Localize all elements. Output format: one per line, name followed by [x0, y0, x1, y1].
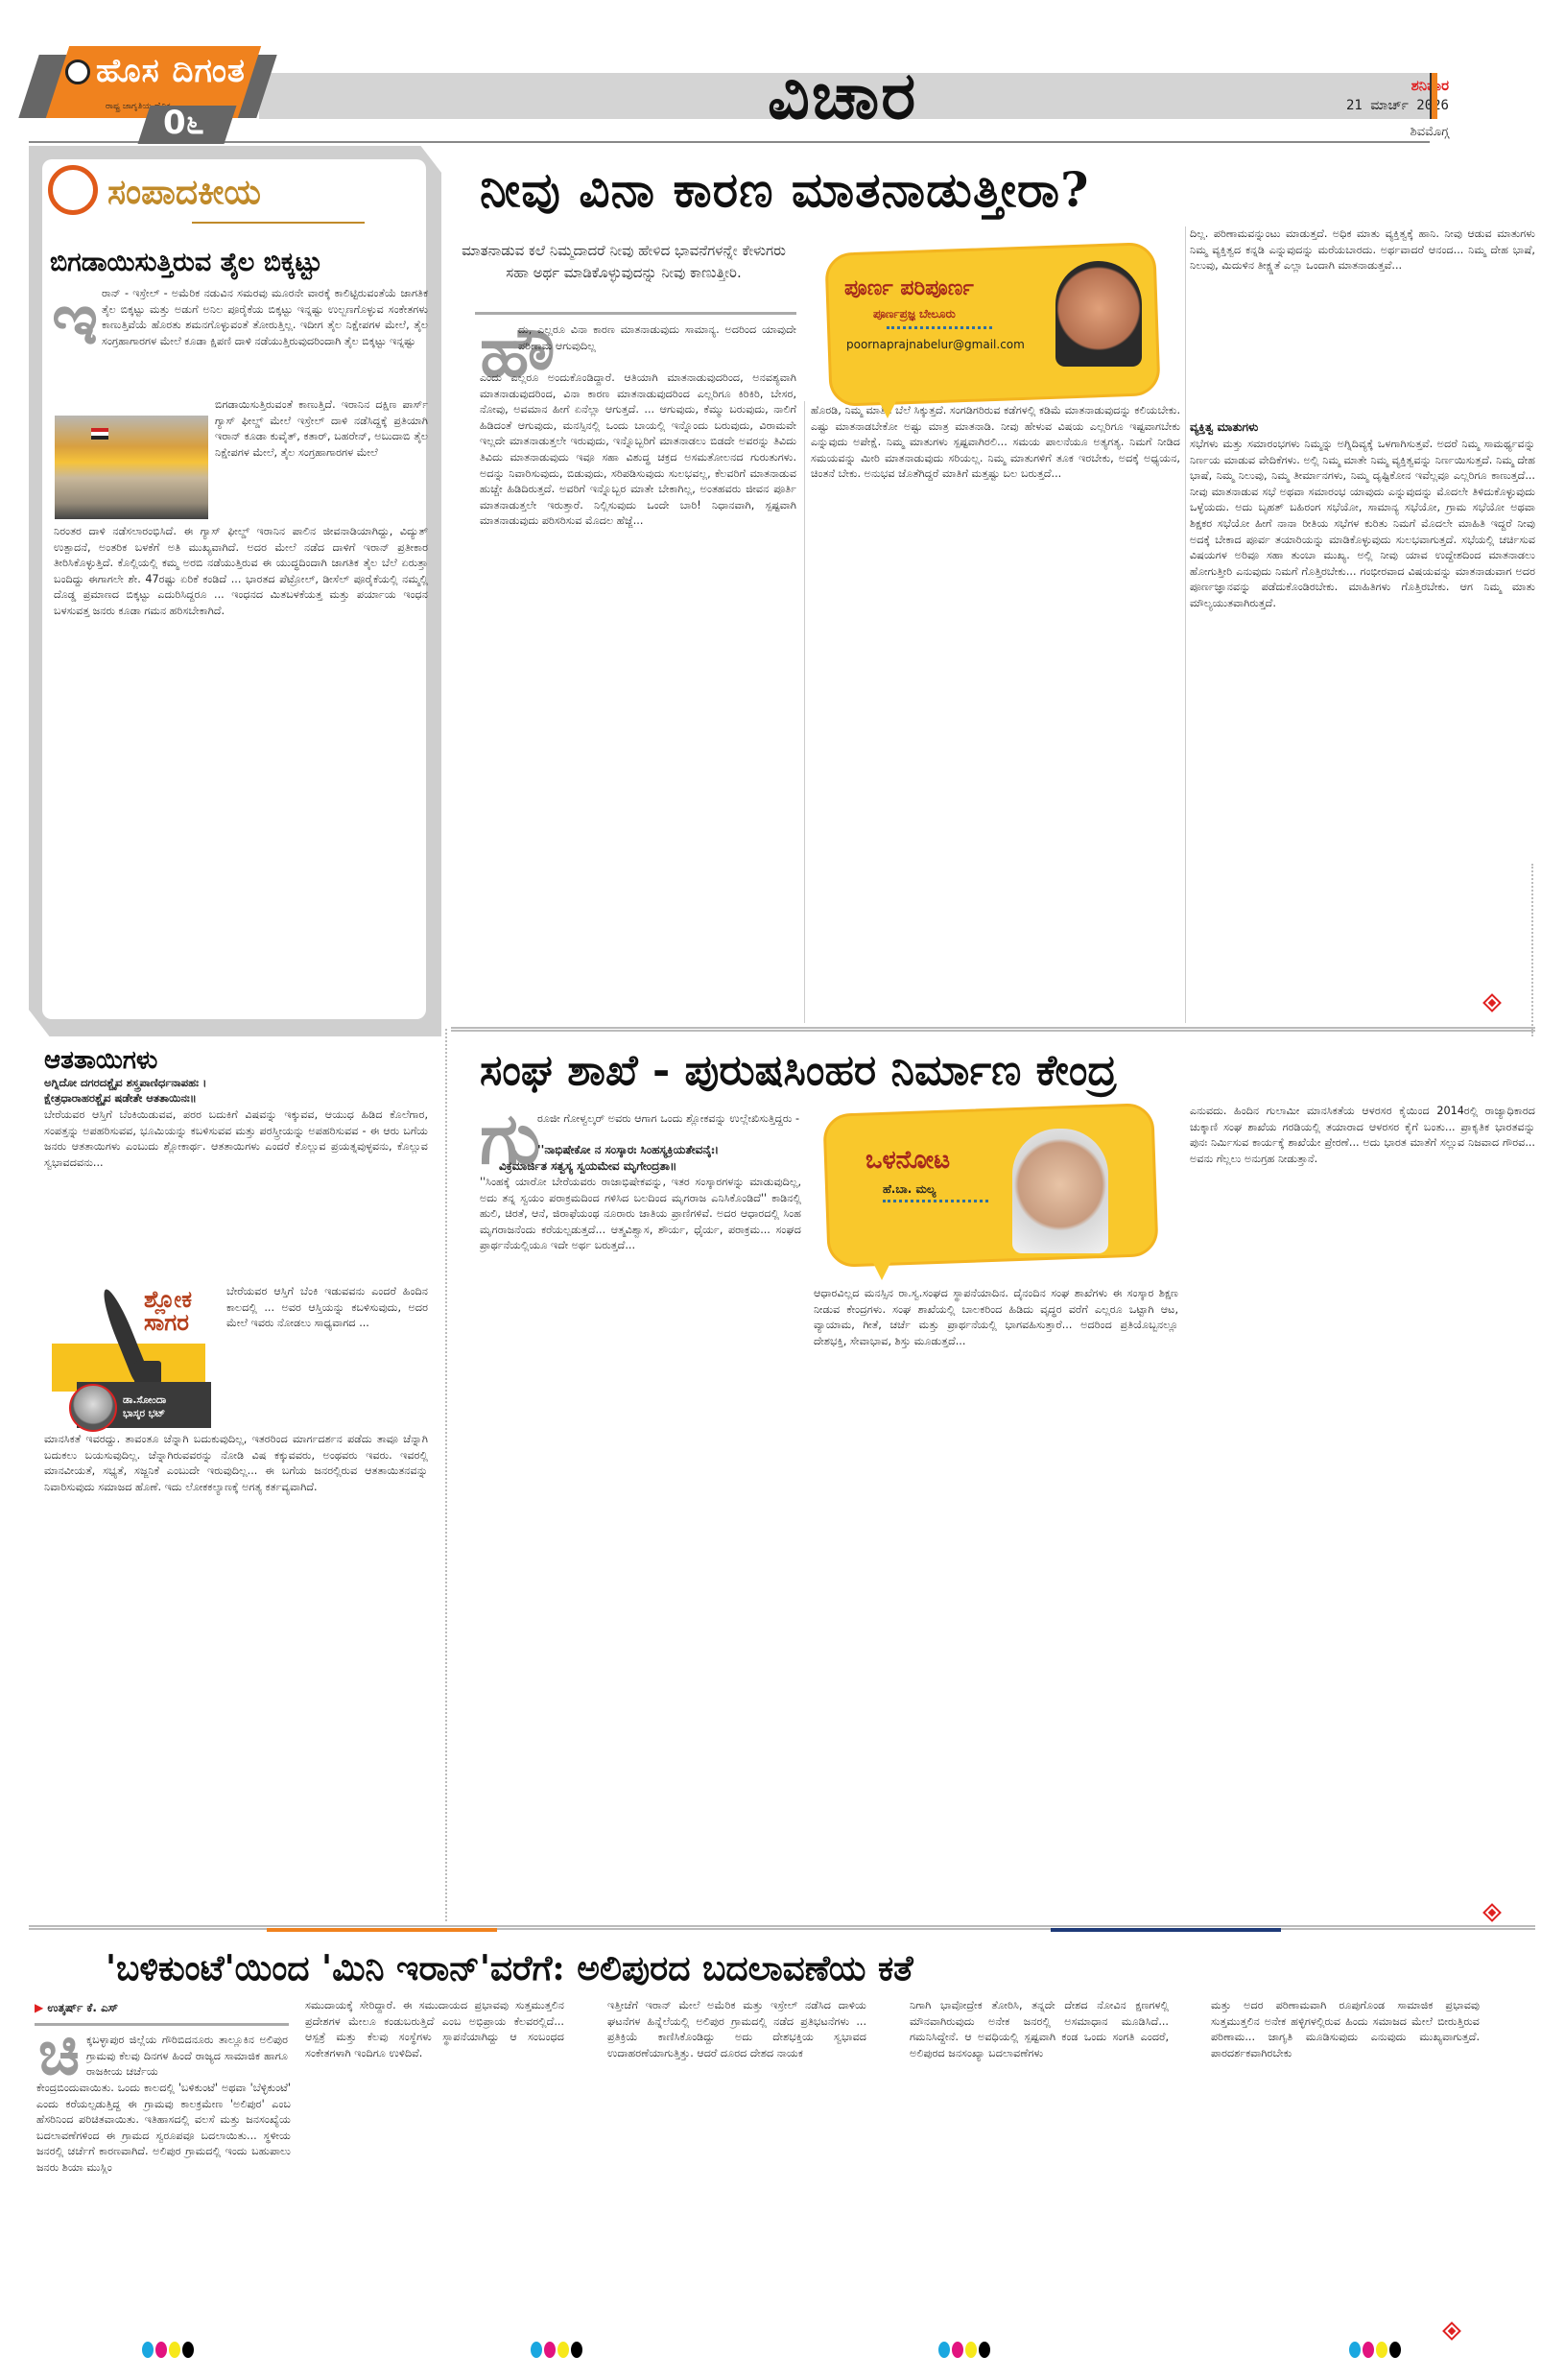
- column-body: ಮಾನಸಿಕತೆ ಇವರದ್ದು. ತಾವಂತೂ ಚೆನ್ನಾಗಿ ಬದುಕುವ…: [44, 1432, 428, 1902]
- print-registration-mark: [938, 2342, 990, 2358]
- column-divider: [445, 1029, 447, 1921]
- flag-icon: [91, 428, 108, 440]
- editorial-emblem-icon: [48, 165, 98, 215]
- editorial-body-side: ಬಿಗಡಾಯಿಸುತ್ತಿರುವಂತೆ ಕಾಣುತ್ತಿದೆ. ಇರಾನಿನ ದ…: [215, 397, 428, 522]
- accent-tab: [267, 1928, 497, 1932]
- column-headline[interactable]: ಆತತಾಯಿಗಳು: [44, 1046, 157, 1076]
- oil-field-photo[interactable]: [55, 416, 208, 519]
- article-deck: ಮಾತನಾಡುವ ಕಲೆ ನಿಮ್ಮದಾದರೆ ನೀವು ಹೇಳಿದ ಭಾವನೆ…: [451, 240, 796, 284]
- author-badge: [822, 1103, 1158, 1268]
- issue-day: ಶನಿವಾರ: [1295, 77, 1449, 94]
- author-byline: ▶ ಉತ್ಕರ್ಷ್ ಕೆ. ಎಸ್: [35, 2001, 118, 2015]
- author-photo: [1012, 1129, 1108, 1253]
- article-lead: ರೂಜೀ ಗೋಳ್ವಲ್ಕರ್ ಅವರು ಆಗಾಗ ಒಂದು ಶ್ಲೋಕವನ್ನ…: [537, 1111, 816, 1128]
- article-column-2: ಹೊರಡಿ, ನಿಮ್ಮ ಮಾತಿಗೆ ಬೆಲೆ ಸಿಕ್ಕುತ್ತದೆ. ಸಂ…: [811, 403, 1180, 1023]
- article-headline[interactable]: 'ಬಳಿಕುಂಟೆ'ಯಿಂದ 'ಮಿನಿ ಇರಾನ್'ವರೆಗೆ: ಅಲಿಪುರ…: [106, 1948, 913, 1989]
- ornament-divider: [192, 222, 365, 224]
- author-email[interactable]: poornaprajnabelur@gmail.com: [846, 338, 1025, 351]
- column-text: ದಿಲ್ಲ. ಪರಿಣಾಮವನ್ನುಂಟು ಮಾಡುತ್ತದೆ. ಅಧಿಕ ಮಾ…: [1190, 226, 1535, 418]
- author-name: ಪೂರ್ಣಪ್ರಜ್ಞ ಬೇಲೂರು: [873, 307, 956, 321]
- column-name: ಒಳನೋಟ: [865, 1146, 950, 1176]
- inkpot-icon: [134, 1361, 161, 1384]
- article-column-3: ಎನುವದು. ಹಿಂದಿನ ಗುಲಾಮೀ ಮಾನಸಿಕತೆಯ ಆಳರಸರ ಕೈ…: [1190, 1104, 1535, 1929]
- page-number: 0೬: [163, 104, 204, 142]
- issue-date: 21 ಮಾರ್ಚ್ 2026: [1286, 98, 1449, 113]
- column-body: ಬೇರೆಯವರ ಆಸ್ತಿಗೆ ಬೆಂಕಿ ಇಡುವವನು ಎಂದರೆ ಹಿಂದ…: [226, 1284, 428, 1428]
- sloka-verse: ''ನಾಭಿಷೇಕೋ ನ ಸಂಸ್ಕಾರಃ ಸಿಂಹಸ್ಯಕ್ರಿಯತೇವನೈಃ…: [499, 1142, 719, 1174]
- editorial-body-intro: ರಾನ್ - ಇಸ್ರೇಲ್ - ಅಮೆರಿಕ ನಡುವಿನ ಸಮರವು ಮೂರ…: [102, 286, 428, 380]
- newspaper-emblem-icon: [65, 59, 90, 84]
- editorial-headline[interactable]: ಬಿಗಡಾಯಿಸುತ್ತಿರುವ ತೈಲ ಬಿಕ್ಕಟ್ಟು: [50, 248, 322, 278]
- column-rule: [1185, 226, 1186, 1023]
- accent-tab: [1051, 1928, 1281, 1932]
- verse-line: ವಿಕ್ರಮಾರ್ಜಿತ ಸತ್ವಸ್ಯ ಸ್ವಯಮೇವ ಮೃಗೇಂದ್ರತಾ॥: [499, 1158, 719, 1175]
- article-lead: ದು, ಎಲ್ಲರೂ ವಿನಾ ಕಾರಣ ಮಾತನಾಡುವುದು ಸಾಮಾನ್ಯ…: [518, 322, 796, 370]
- sloka-verse: ಅಗ್ನಿದೋ ದಗರದಶ್ಚೈವ ಶಸ್ತ್ರಪಾಣಿರ್ಧನಾಪಹಃ । ಕ…: [44, 1075, 206, 1106]
- masthead-accent: [1430, 73, 1437, 119]
- article-column-2: ಸಮುದಾಯಕ್ಕೆ ಸೇರಿದ್ದಾರೆ. ಈ ಸಮುದಾಯದ ಪ್ರಭಾವವ…: [305, 1998, 564, 2340]
- article-column-4: ನಿಗಾಗಿ ಭಾವೋದ್ರೇಕ ತೋರಿಸಿ, ತನ್ನದೇ ದೇಶದ ನೋವ…: [910, 1998, 1169, 2340]
- author-name: ಹೆ.ಬಾ. ಮಲ್ಯ: [883, 1182, 936, 1197]
- column-name: ಪೂರ್ಣ ಪರಿಪೂರ್ಣ: [844, 276, 974, 300]
- article-headline[interactable]: ನೀವು ವಿನಾ ಕಾರಣ ಮಾತನಾಡುತ್ತೀರಾ?: [480, 161, 1089, 219]
- author-name: ಉತ್ಕರ್ಷ್ ಕೆ. ಎಸ್: [47, 2001, 118, 2014]
- dropcap: ಇ: [52, 284, 98, 355]
- author-name: ಡಾ.ಸೋಂದಾ ಭಾಸ್ಕರ ಭಟ್: [123, 1393, 166, 1420]
- column-text: ಸಭೆಗಳು ಮತ್ತು ಸಮಾರಂಭಗಳು ನಿಮ್ಮನ್ನು ಅಗ್ನಿದಿ…: [1190, 437, 1535, 956]
- author-photo: [69, 1384, 117, 1432]
- article-column-1: ಕೇಂದ್ರಬಿಂದುವಾಯಿತು. ಒಂದು ಕಾಲದಲ್ಲಿ 'ಬಳಿಕುಂ…: [36, 2081, 291, 2340]
- article-column-1: ''ಸಿಂಹಕ್ಕೆ ಯಾರೋ ಬೇರೆಯವರು ರಾಜಾಭಿಷೇಕವನ್ನು,…: [480, 1175, 801, 1923]
- byline-marker-icon: ▶: [35, 2001, 43, 2014]
- section-divider: [29, 1925, 1535, 1930]
- author-name-line: ಭಾಸ್ಕರ ಭಟ್: [123, 1407, 166, 1420]
- column-name: ಶ್ಲೋಕ ಸಾಗರ: [144, 1288, 221, 1334]
- column-divider: [1531, 864, 1533, 1036]
- section-title: ವಿಚಾರ: [768, 58, 917, 135]
- end-mark-icon: [1482, 993, 1502, 1012]
- print-registration-mark: [142, 2342, 194, 2358]
- article-headline[interactable]: ಸಂಘ ಶಾಖೆ - ಪುರುಷಸಿಂಹರ ನಿರ್ಮಾಣ ಕೇಂದ್ರ: [480, 1046, 1117, 1095]
- dotted-divider: [887, 326, 992, 329]
- dotted-divider: [883, 1200, 988, 1202]
- author-name-line: ಡಾ.ಸೋಂದಾ: [123, 1393, 166, 1407]
- verse-line: ''ನಾಭಿಷೇಕೋ ನ ಸಂಸ್ಕಾರಃ ಸಿಂಹಸ್ಯಕ್ರಿಯತೇವನೈಃ…: [499, 1142, 719, 1158]
- masthead-rule: [29, 141, 1430, 143]
- article-column-5: ಮತ್ತು ಅದರ ಪರಿಣಾಮವಾಗಿ ರೂಪುಗೊಂಡ ಸಾಮಾಜಿಕ ಪ್…: [1211, 1998, 1480, 2340]
- editorial-body: ನಿರಂತರ ದಾಳಿ ನಡೆಸಲಾರಂಭಿಸಿದೆ. ಈ ಗ್ಯಾಸ್ ಫೀಲ…: [54, 524, 428, 1004]
- section-divider: [451, 1027, 1535, 1032]
- badge-pointer: [876, 395, 899, 418]
- print-registration-mark: [1349, 2342, 1401, 2358]
- article-column-3: ಇತ್ತೀಚೆಗೆ ಇರಾನ್ ಮೇಲೆ ಅಮೆರಿಕ ಮತ್ತು ಇಸ್ರೇಲ…: [607, 1998, 866, 2340]
- article-column-3: ದಿಲ್ಲ. ಪರಿಣಾಮವನ್ನುಂಟು ಮಾಡುತ್ತದೆ. ಅಧಿಕ ಮಾ…: [1190, 226, 1535, 956]
- print-registration-mark: [531, 2342, 582, 2358]
- badge-pointer: [870, 1257, 893, 1280]
- column-body: ಬೇರೆಯವರ ಆಸ್ತಿಗೆ ಬೆಂಕಿಯಿಡುವವ, ಪರರ ಬದುಕಿಗೆ…: [44, 1107, 428, 1276]
- verse-line: ಅಗ್ನಿದೋ ದಗರದಶ್ಚೈವ ಶಸ್ತ್ರಪಾಣಿರ್ಧನಾಪಹಃ ।: [44, 1075, 206, 1090]
- editorial-label: ಸಂಪಾದಕೀಯ: [107, 173, 261, 213]
- subheading: ವ್ಯಕ್ತಿತ್ವ ಮಾತುಗಳು: [1190, 420, 1535, 435]
- dropcap: ಚಿ: [38, 2023, 80, 2084]
- article-column-1: ಎಂದು ಎಲ್ಲರೂ ಅಂದುಕೊಂಡಿದ್ದಾರೆ. ಆತಿಯಾಗಿ ಮಾತ…: [480, 370, 796, 1023]
- author-photo: [1055, 261, 1142, 367]
- edition-city: ಶಿವಮೊಗ್ಗ: [1324, 125, 1449, 139]
- column-rule: [804, 401, 805, 1023]
- article-column-2: ಆಧಾರವಿಲ್ಲದ ಮನಸ್ಸಿನ ರಾ.ಸ್ವ.ಸಂಘದ ಸ್ಥಾಪನೆಯಾ…: [814, 1286, 1178, 1923]
- newspaper-logo[interactable]: ಹೊಸ ದಿಗಂತ: [96, 52, 246, 90]
- verse-line: ಕ್ಷೇತ್ರಧಾರಾಹರಶ್ಚೈವ ಷಡೇತೇ ಆತತಾಯಿನಃ॥: [44, 1090, 206, 1106]
- article-lead: ಕ್ಕಬಳ್ಳಾಪುರ ಜಿಲ್ಲೆಯ ಗೌರಿಬಿದನೂರು ತಾಲ್ಲೂಕಿ…: [86, 2033, 288, 2081]
